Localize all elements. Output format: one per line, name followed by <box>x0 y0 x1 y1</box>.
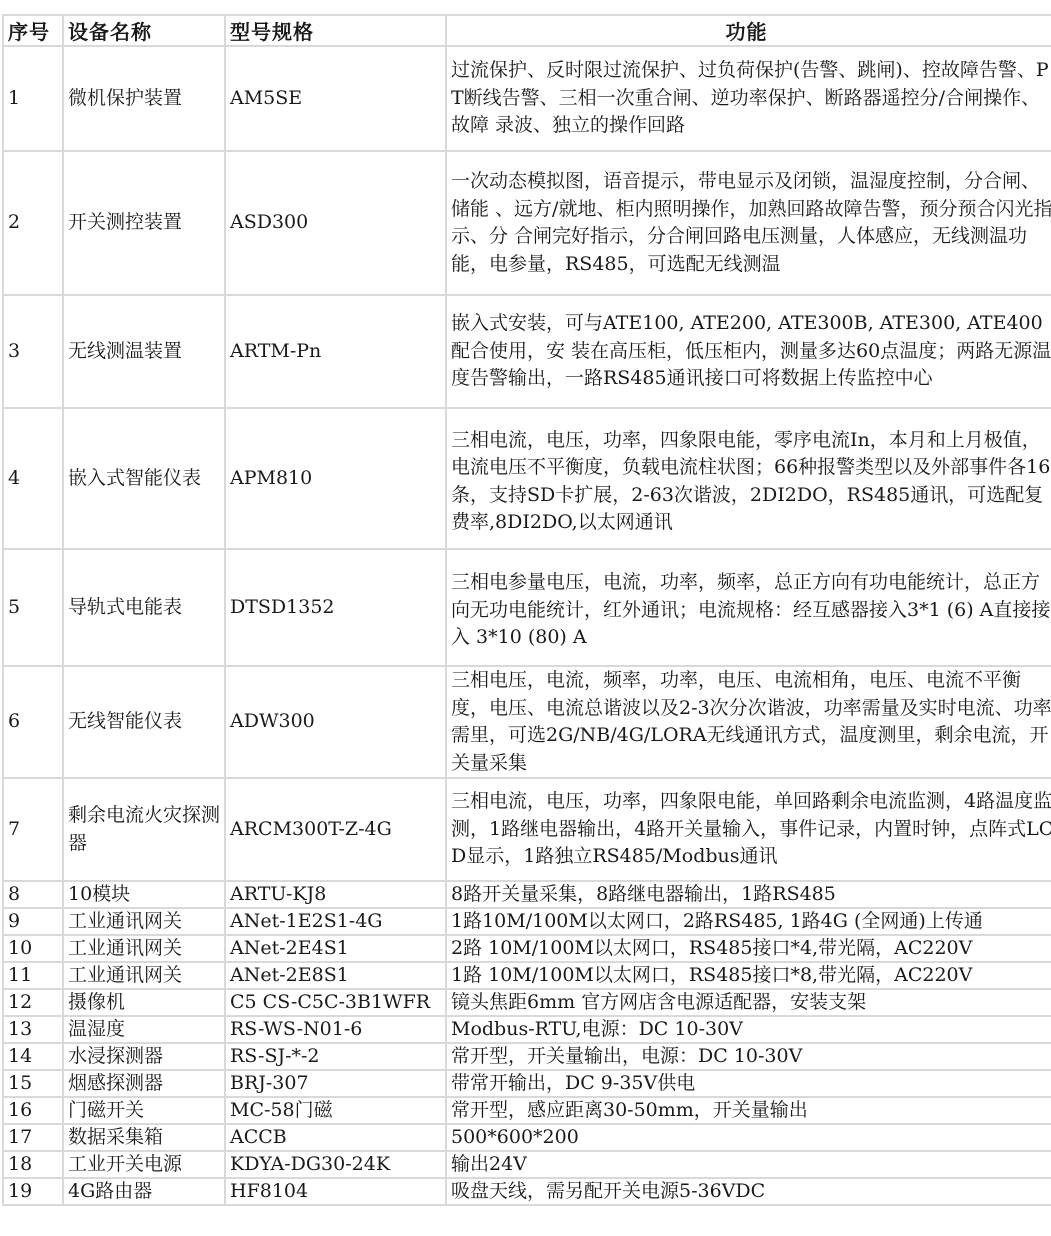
table-row: 13 温湿度 RS-WS-N01-6 Modbus-RTU,电源：DC 10-3… <box>3 1016 1051 1043</box>
model-cell[interactable]: APM810 <box>225 408 446 549</box>
index-cell[interactable]: 8 <box>3 881 63 908</box>
index-cell[interactable]: 16 <box>3 1097 63 1124</box>
index-cell[interactable]: 13 <box>3 1016 63 1043</box>
table-row: 2 开关测控装置 ASD300 一次动态模拟图，语音提示，带电显示及闭锁，温湿度… <box>3 151 1051 295</box>
device-name-cell[interactable]: 工业通讯网关 <box>63 935 225 962</box>
function-cell[interactable]: 三相电参量电压，电流，功率，频率，总正方向有功电能统计，总正方向无功电能统计，红… <box>446 549 1051 666</box>
table-row: 4 嵌入式智能仪表 APM810 三相电流，电压，功率，四象限电能，零序电流In… <box>3 408 1051 549</box>
index-cell[interactable]: 5 <box>3 549 63 666</box>
function-cell[interactable]: 500*600*200 <box>446 1124 1051 1151</box>
device-name-cell[interactable]: 10模块 <box>63 881 225 908</box>
index-cell[interactable]: 12 <box>3 989 63 1016</box>
device-table: 序号 设备名称 型号规格 功能 1 微机保护装置 AM5SE 过流保护、反时限过… <box>2 14 1051 1206</box>
index-cell[interactable]: 3 <box>3 295 63 408</box>
table-row: 10 工业通讯网关 ANet-2E4S1 2路 10M/100M以太网口，RS4… <box>3 935 1051 962</box>
device-name-cell[interactable]: 微机保护装置 <box>63 46 225 151</box>
spreadsheet: 序号 设备名称 型号规格 功能 1 微机保护装置 AM5SE 过流保护、反时限过… <box>2 14 1051 1206</box>
index-cell[interactable]: 2 <box>3 151 63 295</box>
device-name-cell[interactable]: 工业开关电源 <box>63 1151 225 1178</box>
function-cell[interactable]: 镜头焦距6mm 官方网店含电源适配器，安装支架 <box>446 989 1051 1016</box>
function-cell[interactable]: 常开型，开关量输出，电源：DC 10-30V <box>446 1043 1051 1070</box>
model-cell[interactable]: MC-58门磁 <box>225 1097 446 1124</box>
header-function[interactable]: 功能 <box>446 15 1051 46</box>
table-row: 3 无线测温装置 ARTM-Pn 嵌入式安装，可与ATE100, ATE200,… <box>3 295 1051 408</box>
table-row: 12 摄像机 C5 CS-C5C-3B1WFR 镜头焦距6mm 官方网店含电源适… <box>3 989 1051 1016</box>
device-name-cell[interactable]: 无线智能仪表 <box>63 666 225 778</box>
function-cell[interactable]: 三相电流，电压，功率，四象限电能，零序电流In，本月和上月极值，电流电压不平衡度… <box>446 408 1051 549</box>
model-cell[interactable]: ASD300 <box>225 151 446 295</box>
table-row: 6 无线智能仪表 ADW300 三相电压，电流，频率，功率，电压、电流相角，电压… <box>3 666 1051 778</box>
table-row: 17 数据采集箱 ACCB 500*600*200 <box>3 1124 1051 1151</box>
model-cell[interactable]: ANet-1E2S1-4G <box>225 908 446 935</box>
index-cell[interactable]: 7 <box>3 778 63 881</box>
index-cell[interactable]: 17 <box>3 1124 63 1151</box>
device-name-cell[interactable]: 开关测控装置 <box>63 151 225 295</box>
function-cell[interactable]: 吸盘天线，需另配开关电源5-36VDC <box>446 1178 1051 1205</box>
function-cell[interactable]: 1路10M/100M以太网口，2路RS485, 1路4G (全网通)上传通 <box>446 908 1051 935</box>
model-cell[interactable]: ACCB <box>225 1124 446 1151</box>
header-model[interactable]: 型号规格 <box>225 15 446 46</box>
model-cell[interactable]: DTSD1352 <box>225 549 446 666</box>
index-cell[interactable]: 6 <box>3 666 63 778</box>
table-row: 5 导轨式电能表 DTSD1352 三相电参量电压，电流，功率，频率，总正方向有… <box>3 549 1051 666</box>
function-cell[interactable]: 嵌入式安装，可与ATE100, ATE200, ATE300B, ATE300,… <box>446 295 1051 408</box>
table-row: 8 10模块 ARTU-KJ8 8路开关量采集，8路继电器输出，1路RS485 <box>3 881 1051 908</box>
device-name-cell[interactable]: 嵌入式智能仪表 <box>63 408 225 549</box>
index-cell[interactable]: 15 <box>3 1070 63 1097</box>
function-cell[interactable]: 8路开关量采集，8路继电器输出，1路RS485 <box>446 881 1051 908</box>
function-cell[interactable]: 常开型，感应距离30-50mm，开关量输出 <box>446 1097 1051 1124</box>
header-device-name[interactable]: 设备名称 <box>63 15 225 46</box>
device-name-cell[interactable]: 水浸探测器 <box>63 1043 225 1070</box>
function-cell[interactable]: 三相电压，电流，频率，功率，电压、电流相角，电压、电流不平衡度，电压、电流总谐波… <box>446 666 1051 778</box>
device-name-cell[interactable]: 剩余电流火灾探测器 <box>63 778 225 881</box>
function-cell[interactable]: 输出24V <box>446 1151 1051 1178</box>
table-row: 18 工业开关电源 KDYA-DG30-24K 输出24V <box>3 1151 1051 1178</box>
model-cell[interactable]: RS-WS-N01-6 <box>225 1016 446 1043</box>
header-row: 序号 设备名称 型号规格 功能 <box>3 15 1051 46</box>
table-row: 1 微机保护装置 AM5SE 过流保护、反时限过流保护、过负荷保护(告警、跳闸)… <box>3 46 1051 151</box>
model-cell[interactable]: ADW300 <box>225 666 446 778</box>
function-cell[interactable]: 1路 10M/100M以太网口，RS485接口*8,带光隔，AC220V <box>446 962 1051 989</box>
model-cell[interactable]: HF8104 <box>225 1178 446 1205</box>
device-name-cell[interactable]: 烟感探测器 <box>63 1070 225 1097</box>
function-cell[interactable]: 三相电流，电压，功率，四象限电能，单回路剩余电流监测，4路温度监测，1路继电器输… <box>446 778 1051 881</box>
table-row: 11 工业通讯网关 ANet-2E8S1 1路 10M/100M以太网口，RS4… <box>3 962 1051 989</box>
index-cell[interactable]: 4 <box>3 408 63 549</box>
model-cell[interactable]: ANet-2E4S1 <box>225 935 446 962</box>
table-row: 15 烟感探测器 BRJ-307 带常开输出，DC 9-35V供电 <box>3 1070 1051 1097</box>
model-cell[interactable]: RS-SJ-*-2 <box>225 1043 446 1070</box>
table-row: 19 4G路由器 HF8104 吸盘天线，需另配开关电源5-36VDC <box>3 1178 1051 1205</box>
model-cell[interactable]: ARTM-Pn <box>225 295 446 408</box>
function-cell[interactable]: 2路 10M/100M以太网口，RS485接口*4,带光隔，AC220V <box>446 935 1051 962</box>
device-name-cell[interactable]: 摄像机 <box>63 989 225 1016</box>
index-cell[interactable]: 1 <box>3 46 63 151</box>
function-cell[interactable]: 一次动态模拟图，语音提示，带电显示及闭锁，温湿度控制，分合闸、储能 、远方/就地… <box>446 151 1051 295</box>
device-name-cell[interactable]: 无线测温装置 <box>63 295 225 408</box>
function-cell[interactable]: 带常开输出，DC 9-35V供电 <box>446 1070 1051 1097</box>
index-cell[interactable]: 18 <box>3 1151 63 1178</box>
device-name-cell[interactable]: 温湿度 <box>63 1016 225 1043</box>
index-cell[interactable]: 11 <box>3 962 63 989</box>
table-row: 14 水浸探测器 RS-SJ-*-2 常开型，开关量输出，电源：DC 10-30… <box>3 1043 1051 1070</box>
function-cell[interactable]: 过流保护、反时限过流保护、过负荷保护(告警、跳闸)、控故障告警、PT断线告警、三… <box>446 46 1051 151</box>
device-name-cell[interactable]: 导轨式电能表 <box>63 549 225 666</box>
model-cell[interactable]: ANet-2E8S1 <box>225 962 446 989</box>
table-row: 9 工业通讯网关 ANet-1E2S1-4G 1路10M/100M以太网口，2路… <box>3 908 1051 935</box>
header-index[interactable]: 序号 <box>3 15 63 46</box>
device-name-cell[interactable]: 工业通讯网关 <box>63 908 225 935</box>
index-cell[interactable]: 14 <box>3 1043 63 1070</box>
index-cell[interactable]: 19 <box>3 1178 63 1205</box>
model-cell[interactable]: ARTU-KJ8 <box>225 881 446 908</box>
index-cell[interactable]: 9 <box>3 908 63 935</box>
model-cell[interactable]: AM5SE <box>225 46 446 151</box>
device-name-cell[interactable]: 数据采集箱 <box>63 1124 225 1151</box>
device-name-cell[interactable]: 门磁开关 <box>63 1097 225 1124</box>
device-name-cell[interactable]: 4G路由器 <box>63 1178 225 1205</box>
model-cell[interactable]: C5 CS-C5C-3B1WFR <box>225 989 446 1016</box>
model-cell[interactable]: KDYA-DG30-24K <box>225 1151 446 1178</box>
model-cell[interactable]: ARCM300T-Z-4G <box>225 778 446 881</box>
table-row: 7 剩余电流火灾探测器 ARCM300T-Z-4G 三相电流，电压，功率，四象限… <box>3 778 1051 881</box>
table-row: 16 门磁开关 MC-58门磁 常开型，感应距离30-50mm，开关量输出 <box>3 1097 1051 1124</box>
index-cell[interactable]: 10 <box>3 935 63 962</box>
model-cell[interactable]: BRJ-307 <box>225 1070 446 1097</box>
device-name-cell[interactable]: 工业通讯网关 <box>63 962 225 989</box>
function-cell[interactable]: Modbus-RTU,电源：DC 10-30V <box>446 1016 1051 1043</box>
